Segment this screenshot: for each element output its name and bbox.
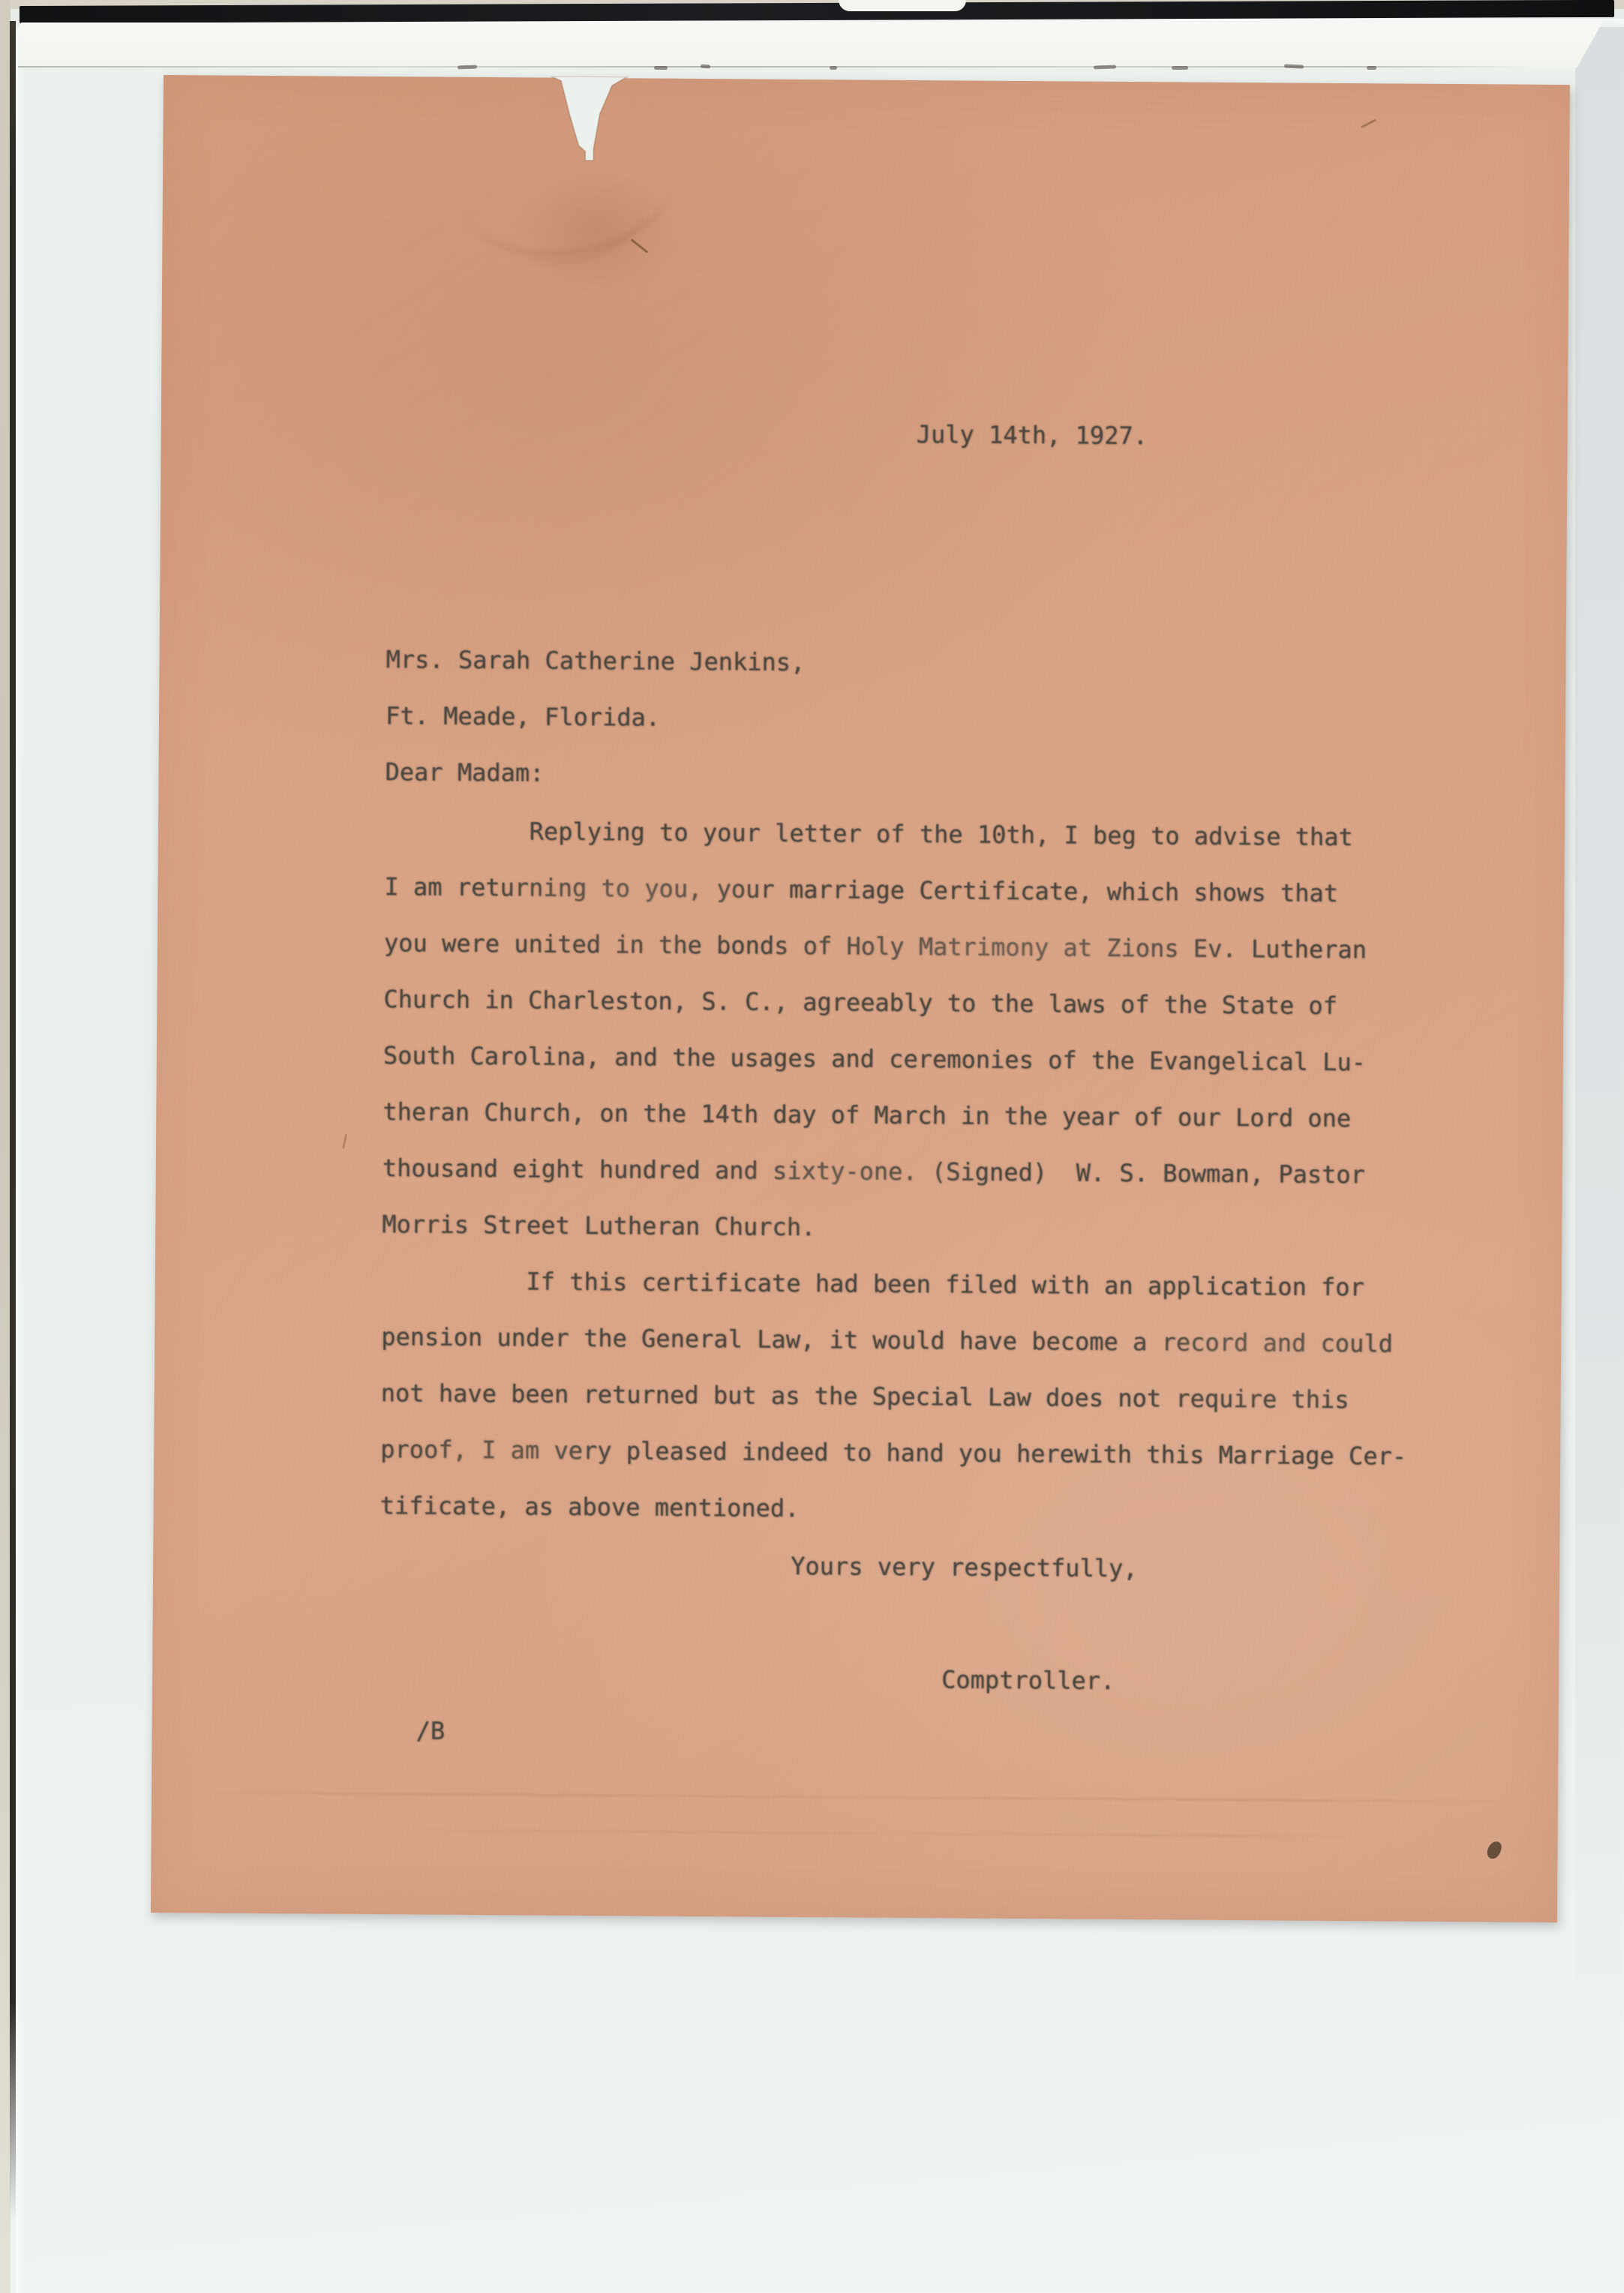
edge-fleck [701, 65, 710, 69]
edge-fleck [1172, 66, 1188, 70]
typed-line: If this certificate had been filed with … [382, 1253, 1408, 1316]
edge-fleck [1367, 66, 1376, 70]
typed-line: pension under the General Law, it would … [381, 1309, 1407, 1373]
torn-notch [550, 77, 636, 166]
typed-line: theran Church, on the 14th day of March … [383, 1084, 1409, 1148]
paper-fiber [342, 1134, 347, 1149]
signer-title-line: Comptroller. [941, 1652, 1115, 1709]
wrinkle-shadow [494, 154, 656, 278]
crease-line [369, 1829, 1359, 1838]
date-line: July 14th, 1927. [916, 407, 1148, 464]
typed-line: you were united in the bonds of Holy Mat… [384, 915, 1410, 979]
letter-paper: July 14th, 1927. Mrs. Sarah Catherine Je… [151, 75, 1570, 1922]
typed-line: not have been returned but as the Specia… [380, 1365, 1406, 1429]
recipient-block: Mrs. Sarah Catherine Jenkins,Ft. Meade, … [385, 632, 805, 803]
typed-line: thousand eight hundred and sixty-one. (S… [383, 1140, 1409, 1204]
left-edge-strip [0, 0, 11, 2293]
edge-fleck [1094, 65, 1116, 69]
tape-strip [21, 23, 1602, 68]
paper-fiber [1361, 119, 1376, 128]
letter-body: Replying to your letter of the 10th, I b… [380, 803, 1411, 1541]
tape-edge-line [18, 66, 1533, 68]
typed-line: Replying to your letter of the 10th, I b… [385, 803, 1411, 866]
paper-fiber [631, 239, 649, 254]
typed-line: Mrs. Sarah Catherine Jenkins, [386, 632, 805, 691]
typed-line: South Carolina, and the usages and cerem… [383, 1028, 1409, 1091]
scan-canvas: July 14th, 1927. Mrs. Sarah Catherine Je… [0, 0, 1624, 2293]
typed-line: Church in Charleston, S. C., agreeably t… [383, 971, 1409, 1035]
crease-line [174, 1791, 1517, 1802]
typist-initials: /B [416, 1703, 445, 1759]
edge-fleck [830, 66, 837, 70]
typed-line: Ft. Meade, Florida. [386, 688, 805, 747]
typed-line: proof, I am very pleased indeed to hand … [380, 1421, 1406, 1485]
wrinkle-shadow [485, 145, 711, 319]
left-scan-line [10, 21, 16, 2220]
valediction-line: Yours very respectfully, [791, 1538, 1138, 1597]
typed-line: Morris Street Lutheran Church. [382, 1196, 1408, 1260]
edge-fleck [654, 66, 668, 70]
typed-line: Dear Madam: [385, 744, 804, 803]
right-edge-strip [1575, 27, 1624, 2067]
top-tear-bump [839, 0, 966, 11]
edge-fleck [458, 65, 477, 70]
ink-speck [1485, 1839, 1503, 1860]
typed-line: tificate, as above mentioned. [380, 1478, 1406, 1541]
typed-line: I am returning to you, your marriage Cer… [384, 859, 1410, 923]
